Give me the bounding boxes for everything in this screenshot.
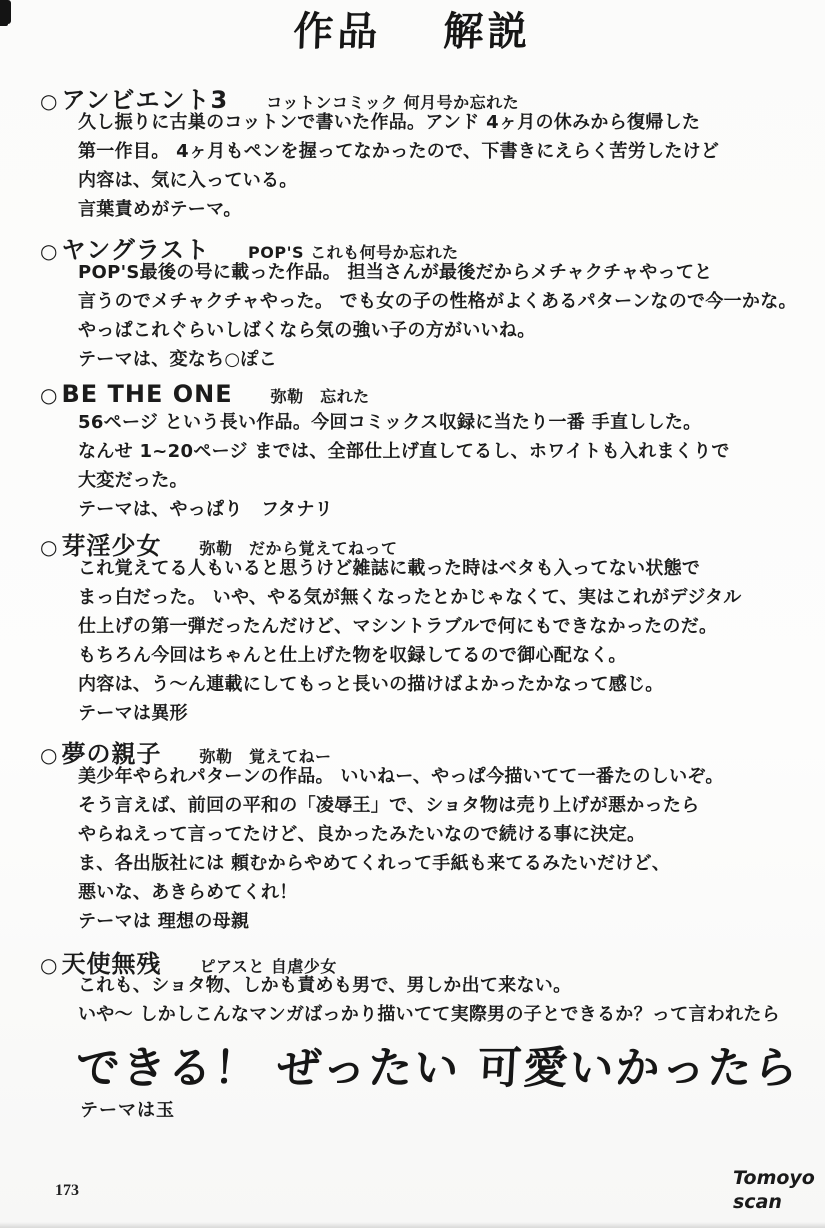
- body-line: テーマは、やっぱり フタナリ: [78, 495, 818, 524]
- bullet-circle-icon: ○: [40, 383, 57, 407]
- page-number: 173: [55, 1182, 79, 1200]
- bullet-circle-icon: ○: [40, 89, 57, 113]
- body-line: やっぱこれぐらいしばくなら気の強い子の方がいいね。: [78, 316, 818, 345]
- watermark-line: Tomoyo: [733, 1166, 818, 1190]
- body-line: 美少年やられパターンの作品。 いいねー、やっぱ今描いてて一番たのしいぞ。: [78, 762, 818, 791]
- scanner-watermark: Tomoyo scan: [733, 1166, 818, 1214]
- page-title-word-left: 作品: [293, 0, 383, 57]
- body-line: POP'S最後の号に載った作品。 担当さんが最後だからメチャクチャやってと: [78, 258, 818, 287]
- page-title-word-right: 解説: [443, 0, 533, 57]
- bullet-circle-icon: ○: [40, 239, 57, 263]
- page-title: 作品 解説: [0, 0, 825, 57]
- body-line: まっ白だった。 いや、やる気が無くなったとかじゃなくて、実はこれがデジタル: [78, 583, 818, 612]
- body-line: 悪いな、あきらめてくれ！: [78, 878, 818, 907]
- section-title: BE THE ONE: [61, 380, 232, 408]
- section-body: 56ページ という長い作品。今回コミックス収録に当たり一番 手直しした。 なんせ…: [78, 408, 818, 524]
- body-line: テーマは異形: [78, 699, 818, 728]
- body-line: 大変だった。: [78, 466, 818, 495]
- body-line: いや〜 しかしこんなマンガばっかり描いてて実際男の子とできるか？って言われたら: [78, 1001, 818, 1030]
- body-line: なんせ 1~20ページ までは、全部仕上げ直してるし、ホワイトも入れまくりで: [78, 437, 818, 466]
- body-line: 56ページ という長い作品。今回コミックス収録に当たり一番 手直しした。: [78, 408, 818, 437]
- bullet-circle-icon: ○: [40, 535, 57, 559]
- body-line: テーマは 理想の母親: [78, 907, 818, 936]
- body-line: 内容は、う〜ん連載にしてもっと長いの描けばよかったかなって感じ。: [78, 670, 818, 699]
- body-line: 内容は、気に入っている。: [78, 166, 818, 195]
- body-line: そう言えば、前回の平和の「凌辱王」で、ショタ物は売り上げが悪かったら: [78, 791, 818, 820]
- body-line: 第一作目。 4ヶ月もペンを握ってなかったので、下書きにえらく苦労したけど: [78, 137, 818, 166]
- body-line: 言葉責めがテーマ。: [78, 195, 818, 224]
- body-line: 久し振りに古巣のコットンで書いた作品。アンド 4ヶ月の休みから復帰した: [78, 108, 818, 137]
- bullet-circle-icon: ○: [40, 953, 57, 977]
- body-line: これも、ショタ物、しかも責めも男で、男しか出て来ない。: [78, 972, 818, 1001]
- body-line: ま、各出版社には 頼むからやめてくれって手紙も来てるみたいだけど、: [78, 849, 818, 878]
- section-heading: ○ BE THE ONE 弥勒 忘れた: [40, 380, 370, 408]
- emphasis-handwritten-line: できる！ ぜったい 可愛いかったら: [74, 1032, 801, 1096]
- section-body: 久し振りに古巣のコットンで書いた作品。アンド 4ヶ月の休みから復帰した 第一作目…: [78, 108, 818, 224]
- body-line: 言うのでメチャクチャやった。 でも女の子の性格がよくあるパターンなので今一かな。: [78, 287, 818, 316]
- body-line: やらねえって言ってたけど、良かったみたいなので続ける事に決定。: [78, 820, 818, 849]
- bullet-circle-icon: ○: [40, 743, 57, 767]
- section-body: これも、ショタ物、しかも責めも男で、男しか出て来ない。 いや〜 しかしこんなマン…: [78, 972, 818, 1030]
- final-theme-line: テーマは玉: [80, 1096, 175, 1122]
- page-edge-shadow: [0, 1222, 825, 1228]
- body-line: これ覚えてる人もいると思うけど雑誌に載った時はベタも入ってない状態で: [78, 554, 818, 583]
- body-line: 仕上げの第一弾だったんだけど、マシントラブルで何にもできなかったのだ。: [78, 612, 818, 641]
- section-note: 弥勒 忘れた: [271, 384, 370, 407]
- body-line: もちろん今回はちゃんと仕上げた物を収録してるので御心配なく。: [78, 641, 818, 670]
- section-body: これ覚えてる人もいると思うけど雑誌に載った時はベタも入ってない状態で まっ白だっ…: [78, 554, 818, 728]
- body-line: テーマは、変なち○ぽこ: [78, 345, 818, 374]
- scanned-page-background: 作品 解説 ○ アンビエント3 コットンコミック 何月号か忘れた 久し振りに古巣…: [0, 0, 825, 1228]
- section-body: 美少年やられパターンの作品。 いいねー、やっぱ今描いてて一番たのしいぞ。 そう言…: [78, 762, 818, 936]
- watermark-line: scan: [733, 1190, 818, 1214]
- section-body: POP'S最後の号に載った作品。 担当さんが最後だからメチャクチャやってと 言う…: [78, 258, 818, 374]
